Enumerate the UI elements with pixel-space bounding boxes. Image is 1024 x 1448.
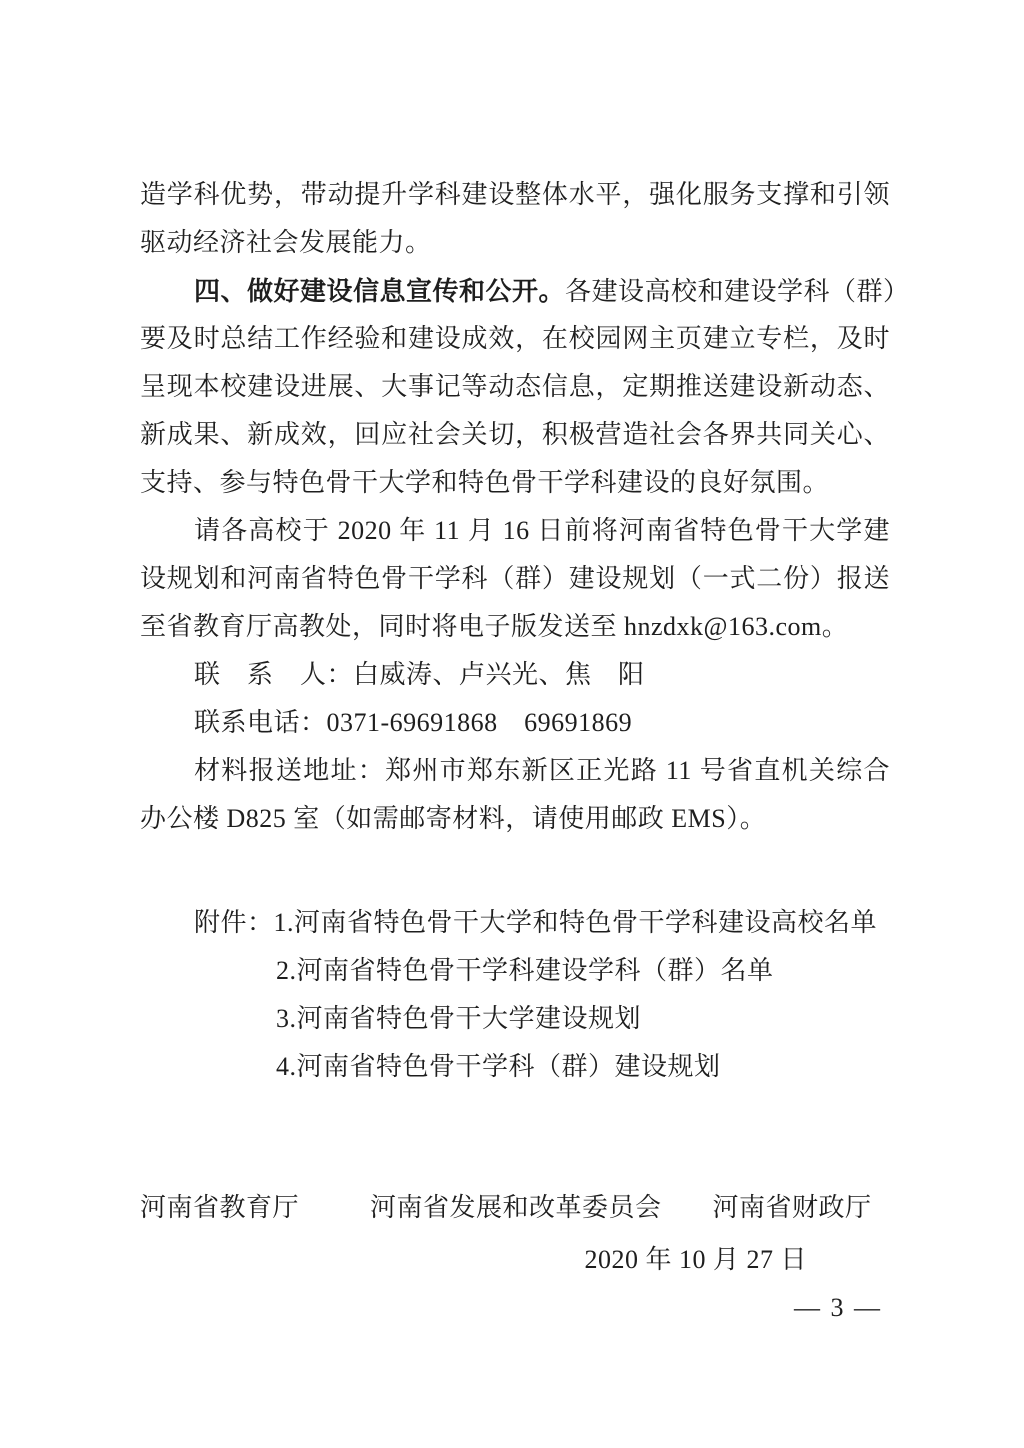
- document-body: 造学科优势，带动提升学科建设整体水平，强化服务支撑和引领 驱动经济社会发展能力。…: [140, 171, 890, 1332]
- section-heading-line: 四、做好建设信息宣传和公开。各建设高校和建设学科（群）: [140, 267, 890, 315]
- address-line: 材料报送地址：郑州市郑东新区正光路 11 号省直机关综合: [140, 747, 890, 795]
- attachment-item: 1.河南省特色骨干大学和特色骨干学科建设高校名单: [274, 908, 878, 937]
- signer-name: 河南省财政厅: [713, 1184, 872, 1232]
- section-heading: 四、做好建设信息宣传和公开。: [194, 276, 565, 306]
- signers-line: 河南省教育厅 河南省发展和改革委员会 河南省财政厅: [140, 1184, 890, 1232]
- page-number: — 3 —: [140, 1284, 890, 1332]
- vertical-spacer: [140, 1091, 890, 1184]
- body-line: 支持、参与特色骨干大学和特色骨干学科建设的良好氛围。: [140, 459, 890, 507]
- body-line-email: 至省教育厅高教处，同时将电子版发送至 hnzdxk@163.com。: [140, 603, 890, 651]
- attachment-item: 2.河南省特色骨干学科建设学科（群）名单: [140, 947, 890, 995]
- contact-person-line: 联 系 人：白威涛、卢兴光、焦 阳: [140, 651, 890, 699]
- signer-name: 河南省发展和改革委员会: [370, 1184, 662, 1232]
- body-line: 驱动经济社会发展能力。: [140, 219, 890, 267]
- attachment-item: 3.河南省特色骨干大学建设规划: [140, 995, 890, 1043]
- body-line: 呈现本校建设进展、大事记等动态信息，定期推送建设新动态、: [140, 363, 890, 411]
- body-line: 要及时总结工作经验和建设成效，在校园网主页建立专栏，及时: [140, 315, 890, 363]
- attachment-item: 4.河南省特色骨干学科（群）建设规划: [140, 1043, 890, 1091]
- body-line: 新成果、新成效，回应社会关切，积极营造社会各界共同关心、: [140, 411, 890, 459]
- issue-date: 2020 年 10 月 27 日: [140, 1236, 890, 1284]
- body-line: 设规划和河南省特色骨干学科（群）建设规划（一式二份）报送: [140, 555, 890, 603]
- attachment-first-line: 附件：1.河南省特色骨干大学和特色骨干学科建设高校名单: [140, 899, 890, 947]
- address-line: 办公楼 D825 室（如需邮寄材料，请使用邮政 EMS）。: [140, 795, 890, 843]
- vertical-spacer: [140, 843, 890, 899]
- body-line: 造学科优势，带动提升学科建设整体水平，强化服务支撑和引领: [140, 171, 890, 219]
- attachment-label: 附件：: [194, 908, 274, 937]
- contact-phone-line: 联系电话：0371-69691868 69691869: [140, 699, 890, 747]
- document-page: 造学科优势，带动提升学科建设整体水平，强化服务支撑和引领 驱动经济社会发展能力。…: [0, 0, 1024, 1448]
- signer-name: 河南省教育厅: [140, 1184, 299, 1232]
- body-line: 请各高校于 2020 年 11 月 16 日前将河南省特色骨干大学建: [140, 507, 890, 555]
- body-text: 各建设高校和建设学科（群）: [565, 277, 910, 306]
